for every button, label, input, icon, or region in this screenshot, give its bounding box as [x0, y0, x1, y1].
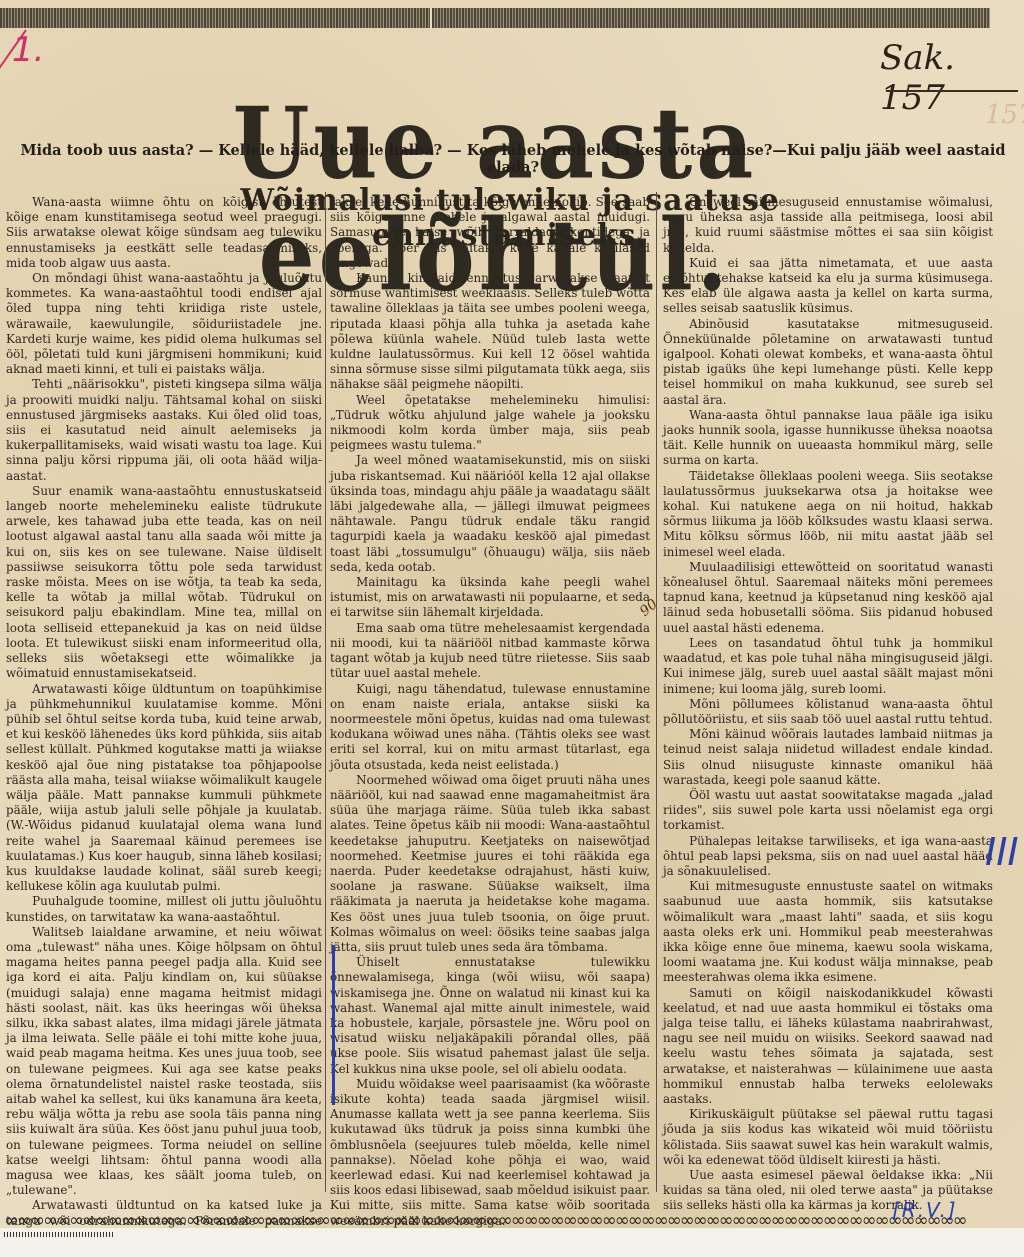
masthead-separator [430, 8, 432, 28]
column-rule [325, 192, 326, 1192]
paragraph: Ööl wastu uut aastat soowitatakse magada… [663, 788, 993, 834]
paragraph: Weel õpetatakse mehelemineku himulisi: „… [330, 393, 650, 454]
paragraph: Lees on tasandatud õhtul tuhk ja hommiku… [663, 636, 993, 697]
paragraph: Pühalepas leitakse tarwiliseks, et iga w… [663, 834, 993, 880]
paragraph: Kuid ei saa jätta nimetamata, et uue aas… [663, 256, 993, 317]
paragraph: Tehti „näärisokku", pisteti kingsepa sil… [6, 377, 322, 483]
handwritten-number-mark: 1. [12, 30, 44, 70]
paragraph: On mõndagi ühist wana-aastaõhtu ja jõulu… [6, 271, 322, 377]
blue-pencil-margin-bar [332, 945, 335, 1105]
faint-red-mark: 157 [985, 100, 1024, 130]
decorative-border: ∞∞∞∞∞∞∞∞∞∞∞∞∞∞∞∞∞∞∞∞∞∞∞∞∞∞∞∞∞∞∞∞∞∞∞∞∞∞∞∞… [4, 1210, 1014, 1226]
paragraph: Walitseb laialdane arwamine, et neiu wõi… [6, 925, 322, 1199]
paragraph: Abinõusid kasutatakse mitmesuguseid. Õnn… [663, 317, 993, 408]
perforation-strip [4, 1232, 114, 1237]
paragraph: Kuigi, nagu tähendatud, tulewase ennusta… [330, 682, 650, 773]
masthead-bar [0, 8, 990, 28]
article-column-1: Wana-aasta wiimne õhtu on kõigist õhtute… [6, 195, 322, 1257]
handwritten-underline [886, 90, 1018, 92]
paragraph: Wana-aasta wiimne õhtu on kõigist õhtute… [6, 195, 322, 271]
subheadline: Mida toob uus aasta? — Kellele hääd, kel… [8, 142, 1018, 176]
paragraph: Kirikuskäigult püütakse sel päewal ruttu… [663, 1107, 993, 1168]
blue-pencil-margin-mark: III [985, 830, 1019, 874]
torn-edge [0, 1228, 1024, 1257]
paragraph: Arwatawasti kõige üldtuntum on toapühkim… [6, 682, 322, 895]
paragraph: Puuhalgude toomine, millest oli juttu jõ… [6, 894, 322, 924]
paragraph: Samuti on kõigil naiskodanikkudel kõwast… [663, 986, 993, 1108]
paragraph: Ühiselt ennustatakse tulewikku õnnewalam… [330, 955, 650, 1077]
paragraph: Mõni põllumees kõlistanud wana-aasta õht… [663, 697, 993, 727]
paragraph: Kui mitmesuguste ennustuste saatel on wi… [663, 879, 993, 985]
paragraph: takse, kelle hunnikust ta kõige enne nok… [330, 195, 650, 271]
article-column-3: On weel mitmesuguseid ennustamise wõimal… [663, 195, 993, 1214]
article-column-2: takse, kelle hunnikust ta kõige enne nok… [330, 195, 650, 1229]
handwritten-signature: [R.V.] [892, 1198, 958, 1222]
paragraph: Wana-aasta õhtul pannakse laua pääle iga… [663, 408, 993, 469]
column-rule [656, 192, 657, 1192]
paragraph: On weel mitmesuguseid ennustamise wõimal… [663, 195, 993, 256]
paragraph: Suur enamik wana-aastaõhtu ennustuskatse… [6, 484, 322, 682]
paragraph: Täidetakse õlleklaas pooleni weega. Siis… [663, 469, 993, 560]
paragraph: Ema saab oma tütre mehelesaamist kergend… [330, 621, 650, 682]
paragraph: Muulaadilisigi ettewõtteid on sooritatud… [663, 560, 993, 636]
paragraph: Muidu wõidakse weel paarisaamist (ka wõõ… [330, 1077, 650, 1229]
paragraph: Mõni käinud wõõrais lautades lambaid nii… [663, 727, 993, 788]
paragraph: Noormehed wõiwad oma õiget pruuti näha u… [330, 773, 650, 955]
paragraph: Ja weel mõned waatamisekunstid, mis on s… [330, 453, 650, 575]
paragraph: Kaunis kindlaid ennustusi arwatakse saaw… [330, 271, 650, 393]
paragraph: Mainitagu ka üksinda kahe peegli wahel i… [330, 575, 650, 621]
